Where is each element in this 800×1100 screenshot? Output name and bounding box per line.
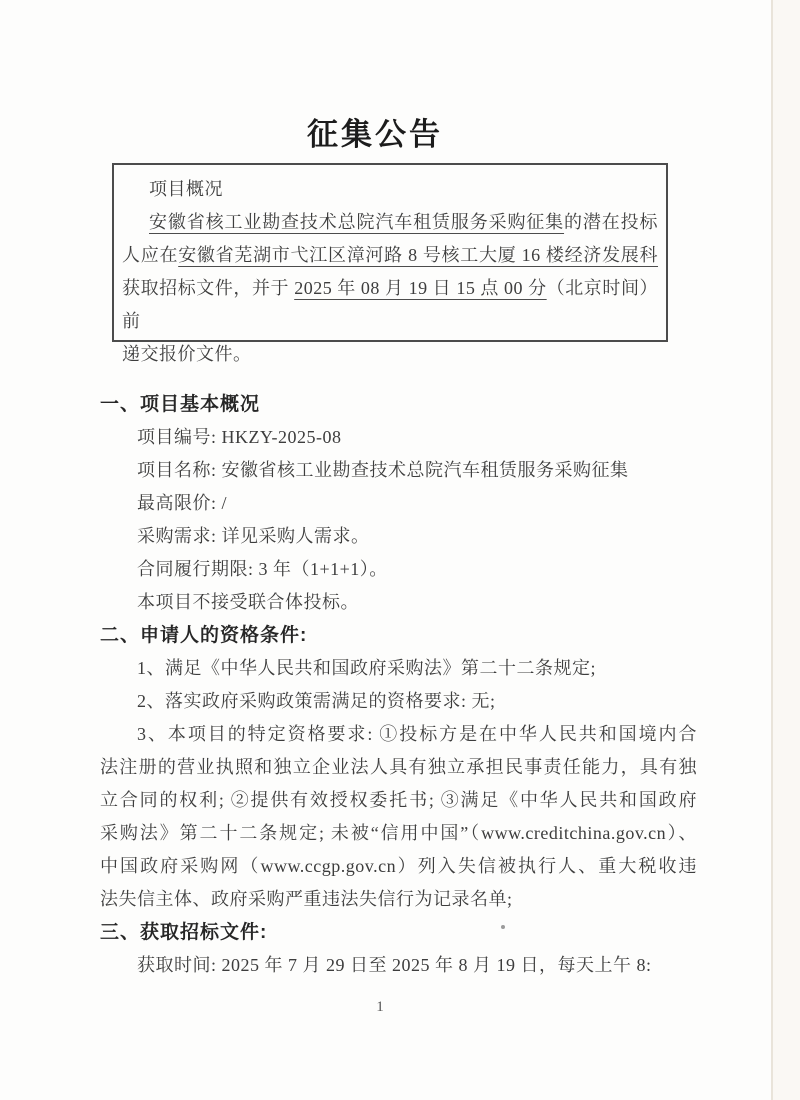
section-1-heading: 一、项目基本概况 xyxy=(100,388,697,421)
qualification-line-2: 2、落实政府采购政策需满足的资格要求: 无; xyxy=(100,685,697,718)
box-line: 人应在安徽省芜湖市弋江区漳河路 8 号核工大厦 16 楼经济发展科 xyxy=(122,239,658,272)
obtain-time-line: 获取时间: 2025 年 7 月 29 日至 2025 年 8 月 19 日，每… xyxy=(100,949,697,982)
page-number: 1 xyxy=(0,999,760,1016)
plain-text: 递交报价文件。 xyxy=(122,344,252,364)
qualification-line-5: 立合同的权利; ②提供有效授权委托书; ③满足《中华人民共和国政府 xyxy=(100,784,697,817)
project-name-line: 项目名称: 安徽省核工业勘查技术总院汽车租赁服务采购征集 xyxy=(100,454,697,487)
box-line: 递交报价文件。 xyxy=(122,338,658,371)
box-line: 获取招标文件，并于 2025 年 08 月 19 日 15 点 00 分（北京时… xyxy=(122,272,658,338)
scan-edge-band xyxy=(772,0,800,1100)
scan-artifact-dot xyxy=(501,925,505,929)
scan-edge-line xyxy=(771,0,773,1100)
section-3-heading: 三、获取招标文件: xyxy=(100,916,697,949)
qualification-line-8: 法失信主体、政府采购严重违法失信行为记录名单; xyxy=(100,883,697,916)
qualification-line-7: 中国政府采购网（www.ccgp.gov.cn）列入失信被执行人、重大税收违 xyxy=(100,850,697,883)
plain-text: 人应在 xyxy=(122,245,178,265)
box-heading: 项目概况 xyxy=(122,173,658,206)
max-price-line: 最高限价: / xyxy=(100,487,697,520)
plain-text: 的潜在投标 xyxy=(564,212,658,232)
underlined-text: 安徽省芜湖市弋江区漳河路 8 号核工大厦 16 楼经济发展科 xyxy=(178,245,658,265)
plain-text: 获取招标文件，并于 xyxy=(122,278,294,298)
project-overview-box: 项目概况 安徽省核工业勘查技术总院汽车租赁服务采购征集的潜在投标 人应在安徽省芜… xyxy=(112,163,668,342)
procurement-demand-line: 采购需求: 详见采购人需求。 xyxy=(100,520,697,553)
underlined-text: 安徽省核工业勘查技术总院汽车租赁服务采购征集 xyxy=(149,212,564,232)
underlined-text: 2025 年 08 月 19 日 15 点 00 分 xyxy=(294,278,546,298)
section-2-heading: 二、申请人的资格条件: xyxy=(100,619,697,652)
qualification-line-4: 法注册的营业执照和独立企业法人具有独立承担民事责任能力，具有独 xyxy=(100,751,697,784)
qualification-line-6: 采购法》第二十二条规定; 未被“信用中国”（www.creditchina.go… xyxy=(100,817,697,850)
qualification-line-1: 1、满足《中华人民共和国政府采购法》第二十二条规定; xyxy=(100,652,697,685)
qualification-line-3: 3、本项目的特定资格要求: ①投标方是在中华人民共和国境内合 xyxy=(100,718,697,751)
box-line: 安徽省核工业勘查技术总院汽车租赁服务采购征集的潜在投标 xyxy=(122,206,658,239)
page-title: 征集公告 xyxy=(75,117,675,153)
no-consortium-line: 本项目不接受联合体投标。 xyxy=(100,586,697,619)
contract-term-line: 合同履行期限: 3 年（1+1+1）。 xyxy=(100,553,697,586)
document-body: 一、项目基本概况 项目编号: HKZY-2025-08 项目名称: 安徽省核工业… xyxy=(100,388,697,982)
project-number-line: 项目编号: HKZY-2025-08 xyxy=(100,421,697,454)
